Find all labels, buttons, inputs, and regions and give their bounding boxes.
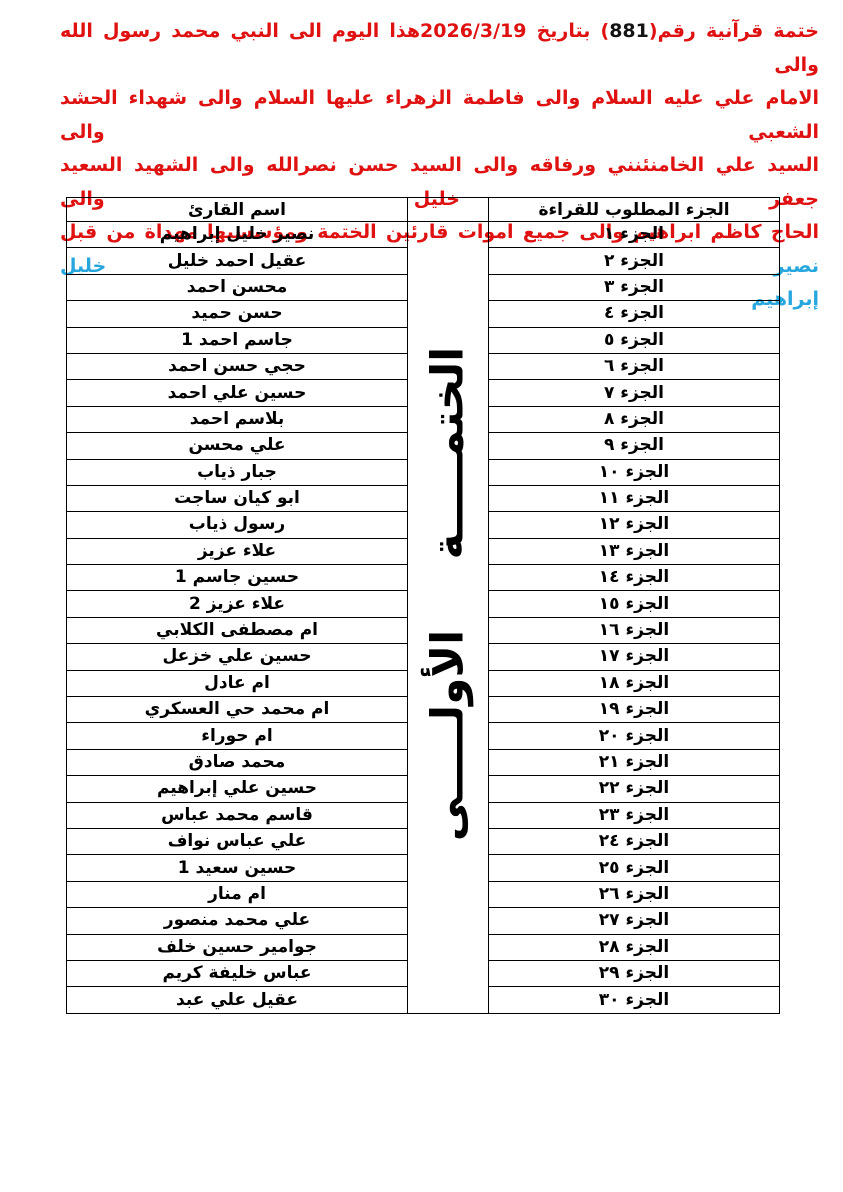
juz-cell: الجزء ١٦ <box>489 617 780 643</box>
reader-name-cell: ابو كيان ساجت <box>67 485 408 511</box>
reader-name-cell: حسين جاسم 1 <box>67 565 408 591</box>
juz-cell: الجزء ١٨ <box>489 670 780 696</box>
reader-name-cell: حسين علي إبراهيم <box>67 776 408 802</box>
reader-name-cell: ام مصطفى الكلابي <box>67 617 408 643</box>
juz-cell: الجزء ١٣ <box>489 538 780 564</box>
column-header-juz: الجزء المطلوب للقراءة <box>489 198 780 222</box>
dedication-line-1: ختمة قرآنية رقم(881) بتاريخ 2026/3/19هذا… <box>60 15 819 82</box>
reader-name-cell: قاسم محمد عباس <box>67 802 408 828</box>
juz-cell: الجزء ٢٧ <box>489 908 780 934</box>
table-row: الجزء ١الختمـــــة الأولـــــىنصير خليل … <box>67 222 780 248</box>
dedication-text: ختمة قرآنية رقم <box>658 20 819 42</box>
reader-name-cell: حجي حسن احمد <box>67 353 408 379</box>
juz-cell: الجزء ١٩ <box>489 697 780 723</box>
juz-cell: الجزء ١٥ <box>489 591 780 617</box>
juz-cell: الجزء ٧ <box>489 380 780 406</box>
reader-name-cell: عقيل علي عبد <box>67 987 408 1013</box>
page: ختمة قرآنية رقم(881) بتاريخ 2026/3/19هذا… <box>0 0 843 1192</box>
reader-name-cell: حسين سعيد 1 <box>67 855 408 881</box>
juz-cell: الجزء ١ <box>489 222 780 248</box>
juz-cell: الجزء ٦ <box>489 353 780 379</box>
reader-name-cell: جوامير حسين خلف <box>67 934 408 960</box>
juz-cell: الجزء ١٠ <box>489 459 780 485</box>
reader-name-cell: بلاسم احمد <box>67 406 408 432</box>
paren-close: ) <box>649 20 658 42</box>
khatma-date: 2026/3/19 <box>420 20 526 42</box>
reader-name-cell: ام عادل <box>67 670 408 696</box>
juz-cell: الجزء ١١ <box>489 485 780 511</box>
juz-cell: الجزء ٣ <box>489 274 780 300</box>
reader-name-cell: علاء عزيز 2 <box>67 591 408 617</box>
reader-name-cell: محسن احمد <box>67 274 408 300</box>
dedication-text: بتاريخ <box>526 20 600 42</box>
reader-name-cell: عقيل احمد خليل <box>67 248 408 274</box>
juz-cell: الجزء ٢٣ <box>489 802 780 828</box>
khatma-title-cell: الختمـــــة الأولـــــى <box>408 222 489 1014</box>
column-header-reader-name: اسم القارئ <box>67 198 408 222</box>
reader-name-cell: علي عباس نواف <box>67 828 408 854</box>
juz-cell: الجزء ٣٠ <box>489 987 780 1013</box>
reader-name-cell: نصير خليل إبراهيم <box>67 222 408 248</box>
column-header-middle <box>408 198 489 222</box>
reader-name-cell: عباس خليفة كريم <box>67 960 408 986</box>
khatma-table: الجزء المطلوب للقراءة اسم القارئ الجزء ١… <box>66 197 780 1014</box>
reader-name-cell: حسين علي احمد <box>67 380 408 406</box>
juz-cell: الجزء ٥ <box>489 327 780 353</box>
khatma-number: 881 <box>609 20 649 42</box>
juz-cell: الجزء ٩ <box>489 433 780 459</box>
juz-cell: الجزء ٨ <box>489 406 780 432</box>
juz-cell: الجزء ١٢ <box>489 512 780 538</box>
reader-name-cell: محمد صادق <box>67 749 408 775</box>
juz-cell: الجزء ٢٤ <box>489 828 780 854</box>
reader-name-cell: ام محمد حي العسكري <box>67 697 408 723</box>
reader-name-cell: ام حوراء <box>67 723 408 749</box>
juz-cell: الجزء ٢٢ <box>489 776 780 802</box>
juz-cell: الجزء ١٤ <box>489 565 780 591</box>
reader-name-cell: رسول ذياب <box>67 512 408 538</box>
dedication-line-2: الامام علي عليه السلام والى فاطمة الزهرا… <box>60 82 819 149</box>
juz-cell: الجزء ٢٩ <box>489 960 780 986</box>
reader-name-cell: حسين علي خزعل <box>67 644 408 670</box>
juz-cell: الجزء ٤ <box>489 301 780 327</box>
reader-name-cell: علي محسن <box>67 433 408 459</box>
juz-cell: الجزء ٢٥ <box>489 855 780 881</box>
reader-name-cell: ام منار <box>67 881 408 907</box>
paren-open: ( <box>601 20 610 42</box>
juz-cell: الجزء ٢ <box>489 248 780 274</box>
reader-name-cell: جاسم احمد 1 <box>67 327 408 353</box>
juz-cell: الجزء ٢٠ <box>489 723 780 749</box>
juz-cell: الجزء ٢٦ <box>489 881 780 907</box>
reader-name-cell: علاء عزيز <box>67 538 408 564</box>
juz-cell: الجزء ١٧ <box>489 644 780 670</box>
reader-name-cell: حسن حميد <box>67 301 408 327</box>
khatma-title-vertical: الختمـــــة الأولـــــى <box>436 346 461 840</box>
juz-cell: الجزء ٢٨ <box>489 934 780 960</box>
juz-cell: الجزء ٢١ <box>489 749 780 775</box>
table-header-row: الجزء المطلوب للقراءة اسم القارئ <box>67 198 780 222</box>
reader-name-cell: علي محمد منصور <box>67 908 408 934</box>
reader-name-cell: جبار ذياب <box>67 459 408 485</box>
khatma-number-group: (881) <box>601 20 658 42</box>
